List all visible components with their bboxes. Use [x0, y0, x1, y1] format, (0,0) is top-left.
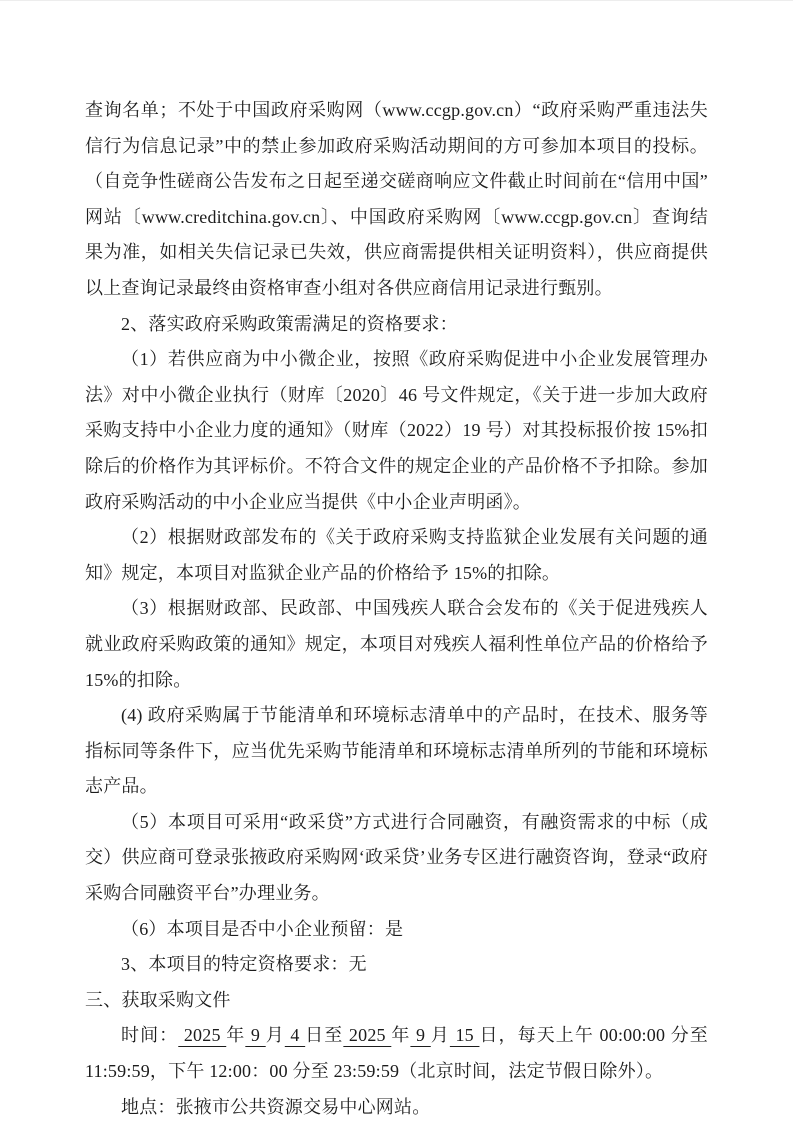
text-segment: 三、获取采购文件 — [85, 990, 231, 1010]
text-segment: 年 — [391, 1025, 410, 1045]
underlined-date-value: 9 — [245, 1025, 265, 1045]
text-segment: （1）若供应商为中小微企业，按照《政府采购促进中小企业发展管理办法》对中小微企业… — [85, 349, 708, 511]
para-obtain-time: 时间： 2025 年 9 月 4 日至 2025 年 9 月 15 日，每天上午… — [85, 1018, 708, 1089]
text-segment: 月 — [431, 1025, 450, 1045]
underlined-date-value: 15 — [450, 1025, 480, 1045]
text-segment: 2、落实政府采购政策需满足的资格要求： — [121, 314, 458, 334]
para-item-2-prison-enterprise: （2）根据财政部发布的《关于政府采购支持监狱企业发展有关问题的通知》规定，本项目… — [85, 520, 708, 591]
para-credit-record-check: 查询名单；不处于中国政府采购网（www.ccgp.gov.cn）“政府采购严重违… — [85, 93, 708, 307]
underlined-date-value: 2025 — [178, 1025, 226, 1045]
para-item-3-disabled-welfare: （3）根据财政部、民政部、中国残疾人联合会发布的《关于促进残疾人就业政府采购政策… — [85, 591, 708, 698]
text-segment: 时间： — [121, 1025, 178, 1045]
underlined-date-value: 2025 — [343, 1025, 391, 1045]
underlined-date-value: 9 — [410, 1025, 430, 1045]
para-item-1-sme-policy: （1）若供应商为中小微企业，按照《政府采购促进中小企业发展管理办法》对中小微企业… — [85, 342, 708, 520]
para-policy-qualification-heading: 2、落实政府采购政策需满足的资格要求： — [85, 307, 708, 343]
text-segment: 3、本项目的特定资格要求：无 — [121, 954, 367, 974]
text-segment: （5）本项目可采用“政采贷”方式进行合同融资，有融资需求的中标（成交）供应商可登… — [85, 812, 708, 903]
document-body: 查询名单；不处于中国政府采购网（www.ccgp.gov.cn）“政府采购严重违… — [85, 93, 708, 1123]
text-segment: （3）根据财政部、民政部、中国残疾人联合会发布的《关于促进残疾人就业政府采购政策… — [85, 598, 713, 689]
para-specific-qualification: 3、本项目的特定资格要求：无 — [85, 947, 708, 983]
heading-section-3-obtain-documents: 三、获取采购文件 — [85, 983, 708, 1019]
para-item-4-energy-saving: (4) 政府采购属于节能清单和环境标志清单中的产品时，在技术、服务等指标同等条件… — [85, 698, 708, 805]
para-item-6-sme-reserved: （6）本项目是否中小企业预留：是 — [85, 912, 708, 948]
text-segment: （6）本项目是否中小企业预留：是 — [121, 919, 403, 939]
document-page: { "document": { "background": "#ffffff",… — [0, 0, 793, 1123]
text-segment: 地点：张掖市公共资源交易中心网站。 — [121, 1097, 430, 1117]
para-obtain-location: 地点：张掖市公共资源交易中心网站。 — [85, 1090, 708, 1123]
text-segment: 日至 — [305, 1025, 343, 1045]
para-item-5-procurement-loan: （5）本项目可采用“政采贷”方式进行合同融资，有融资需求的中标（成交）供应商可登… — [85, 805, 708, 912]
text-segment: （2）根据财政部发布的《关于政府采购支持监狱企业发展有关问题的通知》规定，本项目… — [85, 527, 708, 583]
text-segment: 查询名单；不处于中国政府采购网（www.ccgp.gov.cn）“政府采购严重违… — [85, 100, 708, 298]
text-segment: (4) 政府采购属于节能清单和环境标志清单中的产品时，在技术、服务等指标同等条件… — [85, 705, 708, 796]
text-segment: 月 — [266, 1025, 285, 1045]
text-segment: 年 — [226, 1025, 245, 1045]
underlined-date-value: 4 — [285, 1025, 305, 1045]
